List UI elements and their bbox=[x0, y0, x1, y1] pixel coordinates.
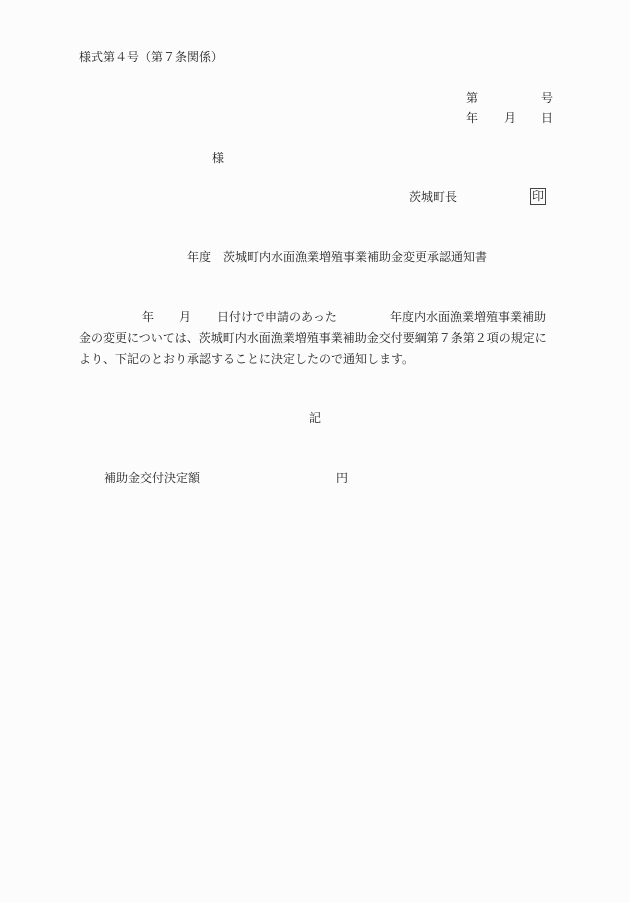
body-month: 月 bbox=[179, 310, 191, 324]
body-text-2: 年度内水面漁業増殖事業補助 bbox=[390, 310, 546, 324]
body-line-3: より、下記のとおり承認することに決定したので通知します。 bbox=[79, 352, 414, 366]
date-day: 日 bbox=[541, 111, 553, 125]
date-year: 年 bbox=[466, 111, 478, 125]
seal-icon: 印 bbox=[530, 188, 546, 205]
form-number: 様式第４号（第７条関係） bbox=[79, 50, 223, 64]
doc-number-prefix: 第 bbox=[466, 91, 478, 105]
date-month: 月 bbox=[504, 111, 516, 125]
body-line-2: 金の変更については、茨城町内水面漁業増殖事業補助金交付要綱第７条第２項の規定に bbox=[79, 331, 547, 345]
body-year: 年 bbox=[142, 310, 154, 324]
amount-label: 補助金交付決定額 bbox=[104, 471, 200, 485]
amount-unit: 円 bbox=[336, 471, 348, 485]
document-title: 年度 茨城町内水面漁業増殖事業補助金変更承認通知書 bbox=[187, 250, 487, 264]
doc-number-suffix: 号 bbox=[541, 91, 553, 105]
issuer-name: 茨城町長 bbox=[409, 190, 457, 204]
addressee-suffix: 様 bbox=[212, 151, 224, 165]
body-line-1: 年 月 日付けで申請のあった 年度内水面漁業増殖事業補助 bbox=[79, 310, 551, 324]
body-text-1: 日付けで申請のあった bbox=[217, 310, 337, 324]
ki-heading: 記 bbox=[309, 411, 321, 425]
